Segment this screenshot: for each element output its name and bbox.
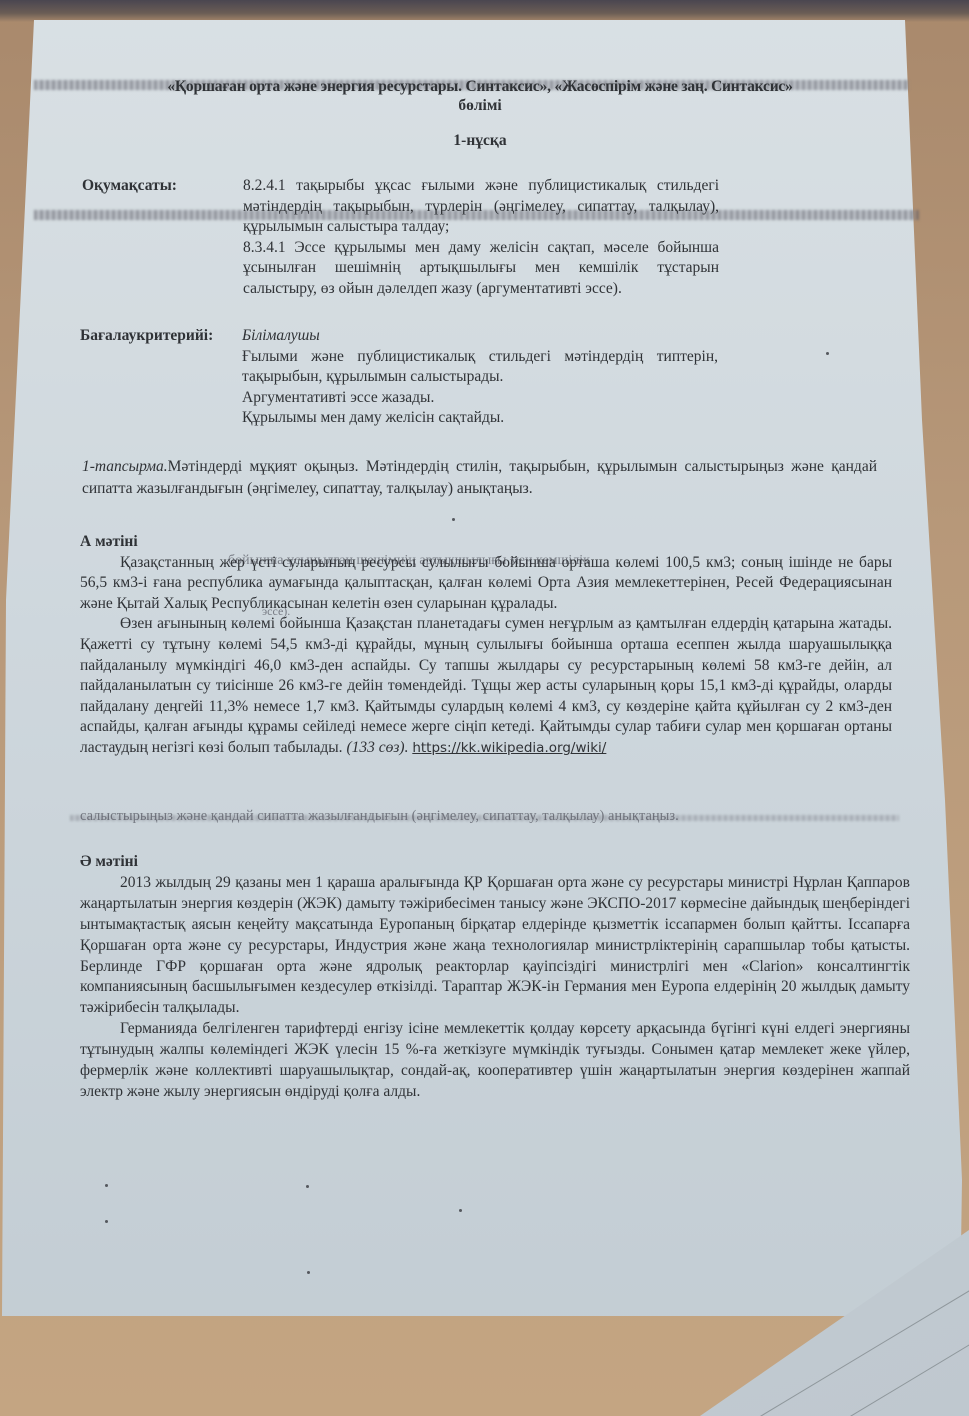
objective-item: 8.2.4.1 тақырыбы ұқсас ғылыми және публи… xyxy=(243,176,719,238)
variant-label: 1-нұсқа xyxy=(110,130,850,152)
assessment-criteria-label: Бағалаукритерийі: xyxy=(80,326,213,347)
text-b-heading: Ә мәтіні xyxy=(80,852,910,873)
paper-speck xyxy=(105,1184,108,1187)
text-a-heading: А мәтіні xyxy=(80,532,892,553)
text-b: Ә мәтіні 2013 жылдың 29 қазаны мен 1 қар… xyxy=(80,852,910,1103)
ghost-print: бойынша ұсынылған шешімнің артықшылығы м… xyxy=(228,553,590,569)
assessment-criteria: Білімалушы Ғылыми және публицистикалық с… xyxy=(242,326,718,429)
paper-speck xyxy=(306,1185,309,1188)
document-subtitle: бөлімі xyxy=(110,95,850,117)
ghost-print: салыстырыңыз және қандай сипатта жазылға… xyxy=(80,808,679,825)
text-a-paragraph: Өзен ағынының көлемі бойынша Қазақстан п… xyxy=(80,614,892,758)
task-1: 1-тапсырма.Мәтіндерді мұқият оқыңыз. Мәт… xyxy=(82,456,877,500)
paper-speck xyxy=(826,352,829,355)
learning-objectives-label: Оқумақсаты: xyxy=(82,176,177,197)
criteria-item: Құрылымы мен даму желісін сақтайды. xyxy=(242,408,718,429)
task-1-text: Мәтіндерді мұқият оқыңыз. Мәтіндердің ст… xyxy=(82,458,877,497)
paper-speck xyxy=(452,518,455,521)
paper-speck xyxy=(105,1220,108,1223)
criteria-intro: Білімалушы xyxy=(242,326,718,347)
criteria-item: Ғылыми және публицистикалық стильдегі мә… xyxy=(242,347,718,388)
ghost-print: эссе). xyxy=(262,604,290,619)
desk-background xyxy=(0,0,969,22)
text-b-paragraph: Германияда белгіленген тарифтерді енгізу… xyxy=(80,1019,910,1103)
task-1-label: 1-тапсырма. xyxy=(82,458,168,475)
paper-speck xyxy=(307,1271,310,1274)
paper-speck xyxy=(459,1209,462,1212)
source-link[interactable]: https://kk.wikipedia.org/wiki/ xyxy=(412,740,606,756)
learning-objectives: 8.2.4.1 тақырыбы ұқсас ғылыми және публи… xyxy=(243,176,719,299)
criteria-item: Аргументативті эссе жазады. xyxy=(242,388,718,409)
word-count: (133 сөз). xyxy=(346,739,408,756)
objective-item: 8.3.4.1 Эссе құрылымы мен даму желісін с… xyxy=(243,238,719,300)
text-b-paragraph: 2013 жылдың 29 қазаны мен 1 қараша аралы… xyxy=(80,873,910,1019)
